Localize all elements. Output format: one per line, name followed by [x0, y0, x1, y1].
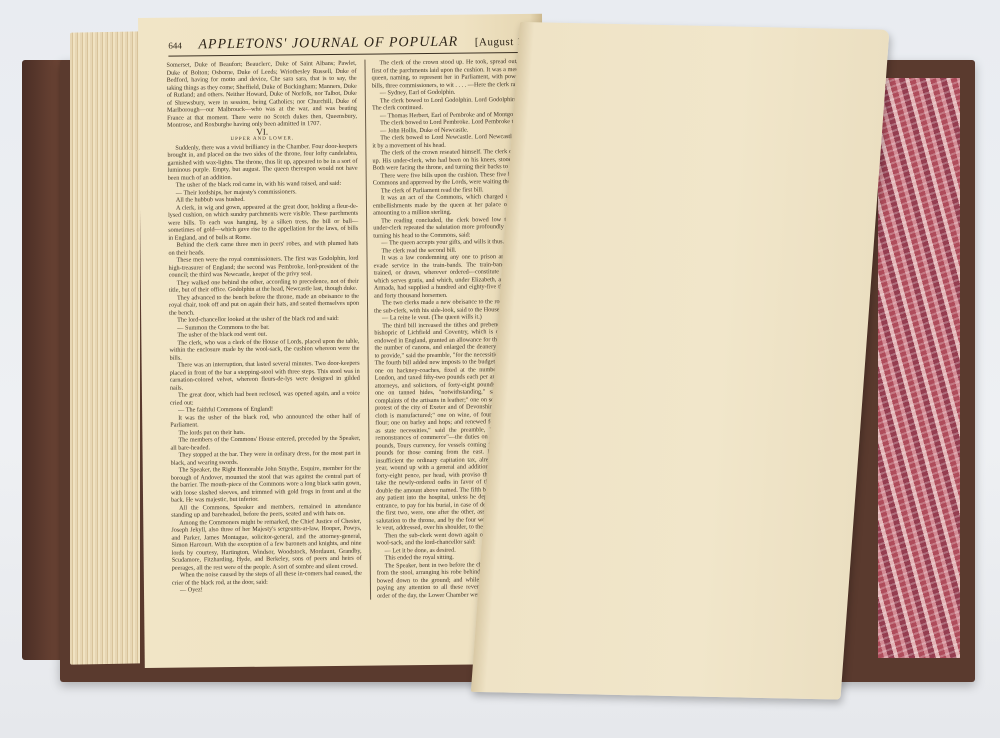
paragraph: These men were the royal commissioners. … — [169, 255, 359, 279]
paragraph: All the Commons, Speaker and members, re… — [171, 502, 361, 519]
paragraph: There was an interruption, that lasted s… — [170, 360, 360, 392]
paragraph: Somerset, Duke of Beaufort; Beauclerc, D… — [166, 60, 357, 129]
running-title: APPLETONS' JOURNAL OF POPULAR — [198, 35, 458, 54]
marbled-endpaper — [878, 78, 960, 658]
paragraph: They walked one behind the other, accord… — [169, 277, 359, 294]
paragraph: Among the Commoners might be remarked, t… — [171, 517, 362, 571]
text-column-left: Somerset, Duke of Beaufort; Beauclerc, D… — [166, 60, 362, 594]
paragraph: The clerk, who was a clerk of the House … — [169, 337, 359, 361]
paragraph: They advanced to the bench before the th… — [169, 292, 359, 316]
paragraph: A clerk, in wig and gown, appeared at th… — [168, 202, 358, 241]
paragraph: — Oyez! — [172, 585, 362, 594]
right-page-blank[interactable] — [471, 22, 890, 700]
paragraph: The Speaker, the Right Honorable John Sm… — [171, 465, 361, 504]
page-header: 644 APPLETONS' JOURNAL OF POPULAR [Augus… — [168, 34, 532, 57]
page-number: 644 — [168, 41, 182, 51]
paragraph: Suddenly, there was a vivid brilliancy i… — [167, 142, 357, 181]
page-stack-edge — [70, 31, 140, 664]
